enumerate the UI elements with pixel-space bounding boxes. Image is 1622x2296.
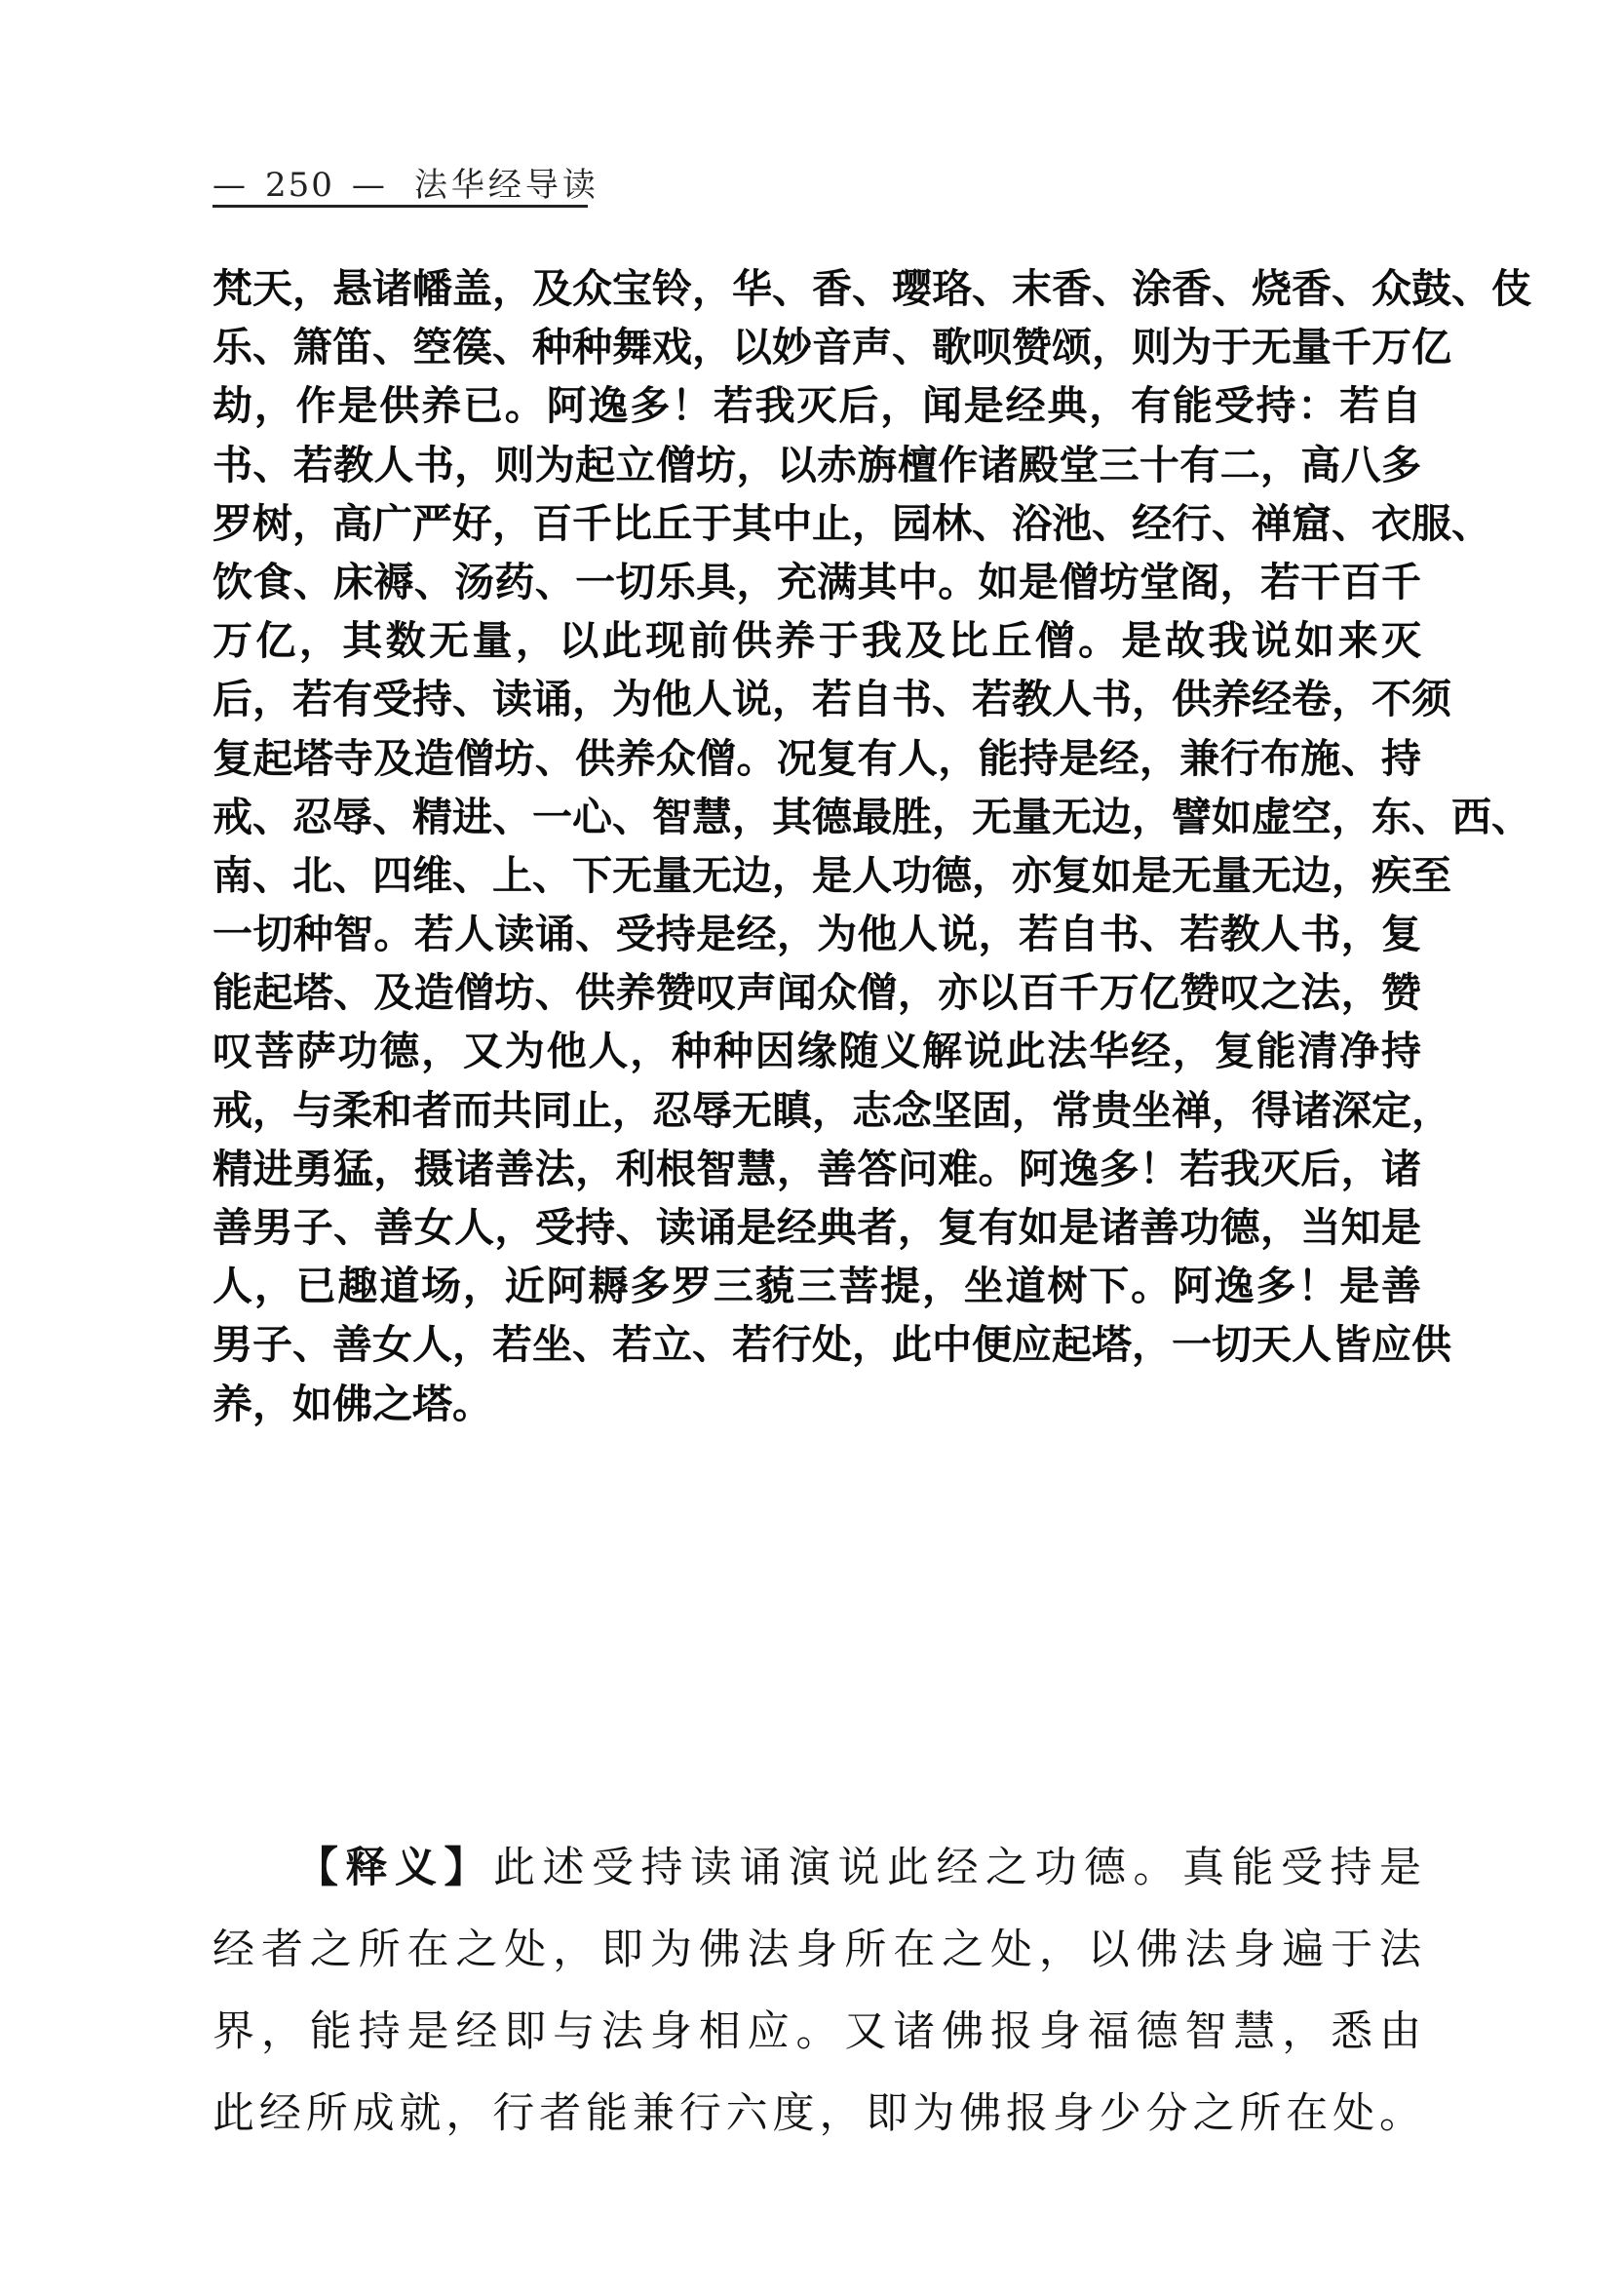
scripture-line: 养，如佛之塔。: [212, 1375, 1421, 1433]
scripture-line: 善男子、善女人，受持、读诵是经典者，复有如是诸善功德，当知是: [212, 1198, 1421, 1257]
scripture-line: 劫，作是供养已。阿逸多！若我灭后，闻是经典，有能受持：若自: [212, 376, 1421, 435]
commentary-paragraph: 【释义】此述受持读诵演说此经之功德。真能受持是 经者之所在之处，即为佛法身所在之…: [212, 1827, 1421, 2155]
scripture-line: 能起塔、及造僧坊、供养赞叹声闻众僧，亦以百千万亿赞叹之法，赞: [212, 963, 1421, 1022]
scripture-line: 书、若教人书，则为起立僧坊，以赤旃檀作诸殿堂三十有二，高八多: [212, 436, 1421, 494]
scripture-line: 精进勇猛，摄诸善法，利根智慧，善答问难。阿逸多！若我灭后，诸: [212, 1140, 1421, 1198]
header-rule: [212, 205, 588, 208]
scripture-line: 梵天，悬诸幡盖，及众宝铃，华、香、璎珞、末香、涂香、烧香、众鼓、伎: [212, 259, 1421, 318]
scripture-line: 乐、箫笛、箜篌、种种舞戏，以妙音声、歌呗赞颂，则为于无量千万亿: [212, 318, 1421, 376]
scripture-line: 饮食、床褥、汤药、一切乐具，充满其中。如是僧坊堂阁，若干百千: [212, 553, 1421, 611]
book-title: 法华经导读: [414, 166, 599, 205]
scripture-line: 戒、忍辱、精进、一心、智慧，其德最胜，无量无边，譬如虚空，东、西、: [212, 788, 1421, 846]
commentary-line: 界，能持是经即与法身相应。又诸佛报身福德智慧，悉由: [212, 1991, 1421, 2073]
scripture-line: 后，若有受持、读诵，为他人说，若自书、若教人书，供养经卷，不须: [212, 670, 1421, 728]
commentary-text: 此述受持读诵演说此经之功德。真能受持是: [493, 1844, 1421, 1892]
scripture-line: 复起塔寺及造僧坊、供养众僧。况复有人，能持是经，兼行布施、持: [212, 729, 1421, 788]
commentary-line: 【释义】此述受持读诵演说此经之功德。真能受持是: [212, 1827, 1421, 1909]
page-number-dash-left: —: [212, 166, 248, 205]
scripture-line: 罗树，高广严好，百千比丘于其中止，园林、浴池、经行、禅窟、衣服、: [212, 494, 1421, 553]
scripture-line: 南、北、四维、上、下无量无边，是人功德，亦复如是无量无边，疾至: [212, 846, 1421, 905]
commentary-line: 此经所成就，行者能兼行六度，即为佛报身少分之所在处。: [212, 2073, 1421, 2155]
scripture-line: 一切种智。若人读诵、受持是经，为他人说，若自书、若教人书，复: [212, 905, 1421, 963]
scripture-line: 男子、善女人，若坐、若立、若行处，此中便应起塔，一切天人皆应供: [212, 1315, 1421, 1374]
scripture-passage: 梵天，悬诸幡盖，及众宝铃，华、香、璎珞、末香、涂香、烧香、众鼓、伎 乐、箫笛、箜…: [212, 259, 1421, 1433]
commentary-tag: 【释义】: [296, 1844, 493, 1892]
scripture-line: 万亿，其数无量，以此现前供养于我及比丘僧。是故我说如来灭: [212, 611, 1421, 670]
page-number: 250: [265, 166, 334, 205]
page-number-dash-right: —: [352, 166, 387, 205]
running-header: —250—法华经导读: [212, 158, 599, 206]
scripture-line: 人，已趣道场，近阿耨多罗三藐三菩提，坐道树下。阿逸多！是善: [212, 1257, 1421, 1315]
scripture-line: 戒，与柔和者而共同止，忍辱无瞋，志念坚固，常贵坐禅，得诸深定，: [212, 1081, 1421, 1140]
commentary-line: 经者之所在之处，即为佛法身所在之处，以佛法身遍于法: [212, 1909, 1421, 1991]
scripture-line: 叹菩萨功德，又为他人，种种因缘随义解说此法华经，复能清净持: [212, 1022, 1421, 1080]
